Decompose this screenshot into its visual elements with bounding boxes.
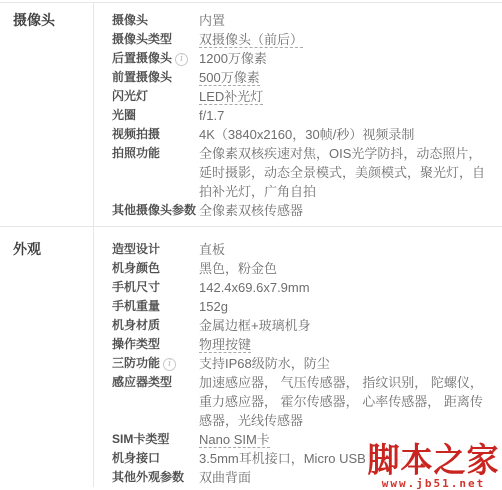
row-value: 双摄像头（前后）: [199, 30, 502, 49]
row-label: SIM卡类型: [94, 430, 199, 449]
row-value: 152g: [199, 297, 502, 316]
row-value: 金属边框+玻璃机身: [199, 316, 502, 335]
table-row: 造型设计 直板: [94, 240, 502, 259]
category-label: 外观: [13, 240, 41, 259]
table-row: 三防功能i 支持IP68级防水，防尘: [94, 354, 502, 373]
row-value: 4K（3840x2160，30帧/秒）视频录制: [199, 125, 502, 144]
row-label: 摄像头: [94, 11, 199, 30]
row-value: 物理按键: [199, 335, 502, 354]
row-label: 三防功能i: [94, 354, 199, 373]
row-value: 142.4x69.6x7.9mm: [199, 278, 502, 297]
glossary-term-link[interactable]: 500万像素: [199, 70, 260, 86]
row-value: 1200万像素: [199, 49, 502, 68]
row-label: 机身材质: [94, 316, 199, 335]
table-row: 其他摄像头参数 全像素双核传感器: [94, 201, 502, 220]
section-camera: 摄像头 摄像头 内置 摄像头类型 双摄像头（前后） 后置摄像头i 1200万像素…: [0, 3, 502, 226]
glossary-term-link[interactable]: LED补光灯: [199, 89, 263, 105]
row-label: 手机重量: [94, 297, 199, 316]
info-icon[interactable]: i: [163, 358, 176, 371]
table-row: 后置摄像头i 1200万像素: [94, 49, 502, 68]
row-value: 全像素双核传感器: [199, 201, 502, 220]
table-row: 拍照功能 全像素双核疾速对焦，OIS光学防抖，动态照片，延时摄影，动态全景模式，…: [94, 144, 502, 201]
table-row: 感应器类型 加速感应器， 气压传感器， 指纹识别， 陀螺仪，重力感应器， 霍尔传…: [94, 373, 502, 430]
row-label: 拍照功能: [94, 144, 199, 163]
row-value: LED补光灯: [199, 87, 502, 106]
table-row: 摄像头 内置: [94, 11, 502, 30]
row-label: 感应器类型: [94, 373, 199, 392]
row-value: f/1.7: [199, 106, 502, 125]
table-row: 手机重量 152g: [94, 297, 502, 316]
category-cell-appearance: 外观: [0, 227, 94, 487]
row-label: 操作类型: [94, 335, 199, 354]
row-label: 后置摄像头i: [94, 49, 199, 68]
row-value: 500万像素: [199, 68, 502, 87]
row-value: 支持IP68级防水，防尘: [199, 354, 502, 373]
watermark-logo: 脚本之家: [367, 443, 499, 476]
glossary-term-link[interactable]: 双摄像头（前后）: [199, 32, 303, 48]
table-row: 视频拍摄 4K（3840x2160，30帧/秒）视频录制: [94, 125, 502, 144]
glossary-term-link[interactable]: Nano SIM卡: [199, 432, 270, 448]
row-label: 机身接口: [94, 449, 199, 468]
table-row: 手机尺寸 142.4x69.6x7.9mm: [94, 278, 502, 297]
section-camera-rows: 摄像头 内置 摄像头类型 双摄像头（前后） 后置摄像头i 1200万像素 前置摄…: [94, 3, 502, 226]
category-label: 摄像头: [13, 11, 55, 30]
table-row: 摄像头类型 双摄像头（前后）: [94, 30, 502, 49]
row-label: 视频拍摄: [94, 125, 199, 144]
row-value: 内置: [199, 11, 502, 30]
table-row: 机身材质 金属边框+玻璃机身: [94, 316, 502, 335]
row-value: 全像素双核疾速对焦，OIS光学防抖，动态照片，延时摄影，动态全景模式，美颜模式，…: [199, 144, 502, 201]
glossary-term-link[interactable]: 物理按键: [199, 337, 251, 353]
site-watermark: 脚本之家 www.jb51.net: [365, 441, 502, 490]
row-label: 闪光灯: [94, 87, 199, 106]
row-label: 造型设计: [94, 240, 199, 259]
row-label: 其他摄像头参数: [94, 201, 199, 220]
row-label: 手机尺寸: [94, 278, 199, 297]
row-label: 摄像头类型: [94, 30, 199, 49]
table-row: 操作类型 物理按键: [94, 335, 502, 354]
table-row: 闪光灯 LED补光灯: [94, 87, 502, 106]
row-value: 加速感应器， 气压传感器， 指纹识别， 陀螺仪，重力感应器， 霍尔传感器， 心率…: [199, 373, 502, 430]
table-row: 机身颜色 黑色，粉金色: [94, 259, 502, 278]
row-label: 机身颜色: [94, 259, 199, 278]
row-value: 黑色，粉金色: [199, 259, 502, 278]
row-value: 直板: [199, 240, 502, 259]
row-label: 其他外观参数: [94, 468, 199, 487]
category-cell-camera: 摄像头: [0, 3, 94, 226]
info-icon[interactable]: i: [175, 53, 188, 66]
table-row: 前置摄像头 500万像素: [94, 68, 502, 87]
spec-table: 摄像头 摄像头 内置 摄像头类型 双摄像头（前后） 后置摄像头i 1200万像素…: [0, 2, 502, 487]
row-label: 光圈: [94, 106, 199, 125]
row-label: 前置摄像头: [94, 68, 199, 87]
table-row: 光圈 f/1.7: [94, 106, 502, 125]
